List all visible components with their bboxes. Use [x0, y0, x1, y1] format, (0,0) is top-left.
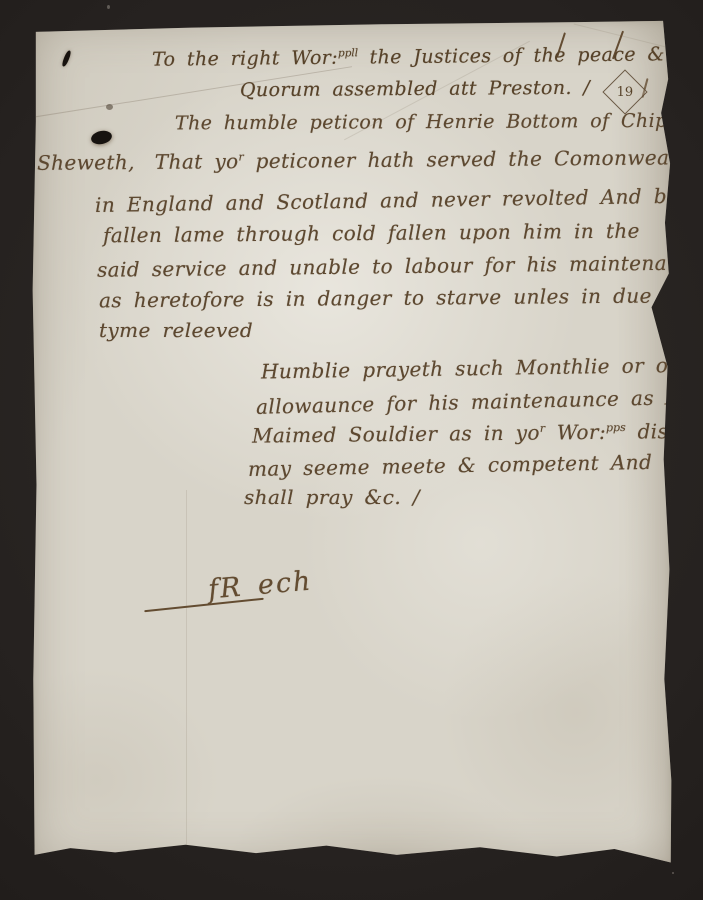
ink-blot — [61, 50, 72, 68]
body-line-3: fallen lame through cold fallen upon him… — [103, 219, 640, 248]
photograph-background: { "page": { "background_color": "#292522… — [0, 0, 703, 900]
body-line-2: in England and Scotland and never revolt… — [95, 183, 703, 217]
body-line-4: said service and unable to labour for hi… — [97, 250, 703, 282]
prayer-line-3: Maimed Souldier as in yor Wor:pps discre… — [252, 418, 703, 447]
address-line-1-superscript: ppll — [338, 47, 358, 59]
dust-speck — [672, 872, 674, 874]
prayer-line-3-superscript-2: pps — [606, 421, 626, 434]
folio-number: 19 — [617, 84, 634, 99]
body-line-1-text: That yo — [155, 149, 239, 174]
manuscript-paper: 19 To the right Wor:ppll the Justices of… — [32, 20, 672, 865]
prayer-line-3-text-cont: discretion — [626, 418, 703, 443]
folio-number-badge: 19 — [602, 69, 647, 114]
address-line-2: Quorum assembled att Preston. / — [240, 77, 590, 101]
prayer-line-3-text-mid: Wor: — [545, 420, 606, 445]
body-line-1-text-cont: peticoner hath served the Comonwealth — [244, 145, 698, 173]
petition-title-line: The humble peticon of Henrie Bottom of C… — [175, 110, 703, 135]
prayer-line-1: Humblie prayeth such Monthlie or other — [261, 352, 703, 383]
address-line-1-text-cont: the Justices of the peace & — [358, 43, 665, 68]
paper-hole — [90, 129, 113, 146]
body-line-6: tyme releeved — [99, 318, 253, 342]
signature-pen-stroke — [144, 598, 264, 613]
dust-speck — [107, 5, 110, 9]
body-line-5: as heretofore is in danger to starve unl… — [99, 284, 652, 313]
ink-spot — [106, 104, 113, 110]
sheweth-label: Sheweth, — [37, 150, 135, 175]
paper-fold-line — [186, 490, 187, 850]
prayer-line-4: may seeme meete & competent And hee — [248, 449, 702, 481]
address-line-1-text: To the right Wor: — [152, 47, 338, 71]
body-line-1: Sheweth,That yor peticoner hath served t… — [37, 145, 698, 175]
prayer-line-5: shall pray &c. / — [244, 485, 420, 509]
prayer-line-3-text: Maimed Souldier as in yo — [252, 421, 540, 448]
address-line-1: To the right Wor:ppll the Justices of th… — [152, 43, 665, 70]
prayer-line-2: allowaunce for his maintenaunce as A — [256, 385, 681, 419]
